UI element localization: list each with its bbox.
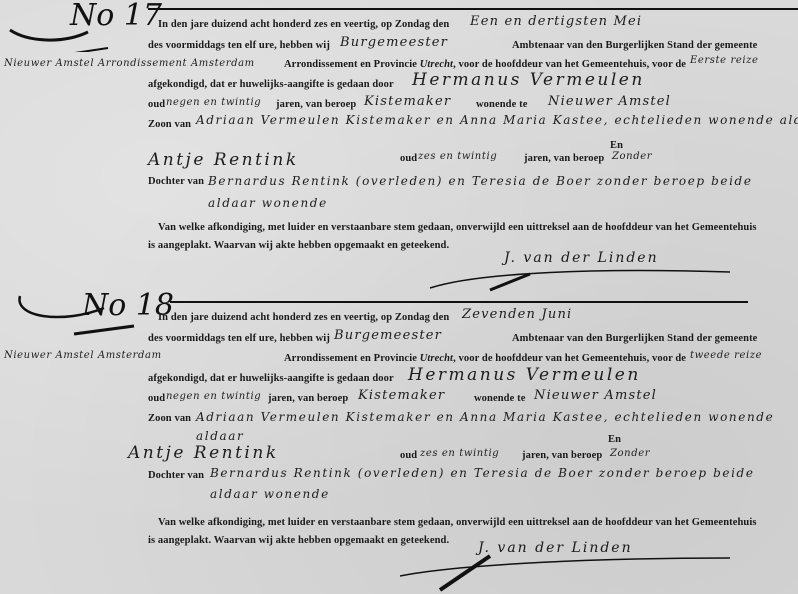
handwritten-groom-age: negen en twintig bbox=[166, 391, 261, 402]
printed-line: Zoon van bbox=[148, 413, 191, 424]
handwritten-bride-age: zes en twintig bbox=[418, 151, 497, 162]
printed-line: In den jare duizend acht honderd zes en … bbox=[158, 312, 449, 323]
handwritten-bride-age: zes en twintig bbox=[420, 448, 499, 459]
printed-line: afgekondigd, dat er huwelijks-aangifte i… bbox=[148, 79, 394, 90]
printed-line: des voormiddags ten elf ure, hebben wij bbox=[148, 40, 330, 51]
printed-line: jaren, van beroep bbox=[524, 153, 604, 164]
printed-en: En bbox=[608, 434, 621, 445]
printed-text: , voor de hoofddeur van het Gemeentehuis… bbox=[453, 353, 686, 364]
printed-en: En bbox=[610, 140, 623, 151]
handwritten-bride: Antje Rentink bbox=[128, 443, 279, 463]
handwritten-groom: Hermanus Vermeulen bbox=[408, 365, 641, 385]
handwritten-groom: Hermanus Vermeulen bbox=[412, 70, 645, 90]
printed-line: Zoon van bbox=[148, 119, 191, 130]
printed-line: jaren, van beroep bbox=[522, 450, 602, 461]
printed-line: Dochter van bbox=[148, 470, 204, 481]
handwritten-groom-parents: Adriaan Vermeulen Kistemaker en Anna Mar… bbox=[196, 113, 798, 127]
handwritten-bride: Antje Rentink bbox=[148, 150, 299, 170]
province-name: Utrecht bbox=[420, 353, 453, 364]
handwritten-groom-parents: Adriaan Vermeulen Kistemaker en Anna Mar… bbox=[196, 408, 796, 446]
printed-line: jaren, van beroep bbox=[276, 99, 356, 110]
printed-line: oud bbox=[148, 393, 165, 404]
handwritten-church: Eerste reize bbox=[690, 55, 759, 66]
handwritten-municipality: Nieuwer Amstel Amsterdam bbox=[4, 350, 162, 361]
printed-line: In den jare duizend acht honderd zes en … bbox=[158, 19, 449, 30]
handwritten-official: Burgemeester bbox=[340, 35, 448, 50]
handwritten-occupation: Kistemaker bbox=[364, 94, 451, 109]
handwritten-bride-occupation: Zonder bbox=[612, 151, 652, 162]
printed-line: jaren, van beroep bbox=[268, 393, 348, 404]
printed-line: oud bbox=[148, 99, 165, 110]
handwritten-residence: Nieuwer Amstel bbox=[534, 388, 657, 403]
printed-text: Arrondissement en Provincie bbox=[284, 353, 417, 364]
handwritten-date: Zevenden Juni bbox=[462, 307, 572, 322]
divider-rule bbox=[148, 8, 798, 10]
handwritten-municipality: Nieuwer Amstel Arrondissement Amsterdam bbox=[4, 58, 255, 69]
printed-closing: is aangeplakt. Waarvan wij akte hebben o… bbox=[148, 240, 449, 251]
printed-closing: Van welke afkondiging, met luider en ver… bbox=[158, 517, 757, 528]
printed-line: afgekondigd, dat er huwelijks-aangifte i… bbox=[148, 373, 394, 384]
printed-closing: Van welke afkondiging, met luider en ver… bbox=[158, 222, 757, 233]
register-page: No 17 In den jare duizend acht honderd z… bbox=[0, 0, 798, 594]
signature-flourish-icon bbox=[420, 262, 740, 292]
printed-closing: is aangeplakt. Waarvan wij akte hebben o… bbox=[148, 535, 449, 546]
printed-text: Arrondissement en Provincie bbox=[284, 59, 417, 70]
printed-line: oud bbox=[400, 450, 417, 461]
handwritten-bride-occupation: Zonder bbox=[610, 448, 650, 459]
record-number: No 17 bbox=[70, 0, 162, 33]
province-name: Utrecht bbox=[420, 59, 453, 70]
printed-line: oud bbox=[400, 153, 417, 164]
printed-text: , voor de hoofddeur van het Gemeentehuis… bbox=[453, 59, 686, 70]
printed-line: wonende te bbox=[474, 393, 525, 404]
handwritten-groom-age: negen en twintig bbox=[166, 97, 261, 108]
printed-line: wonende te bbox=[476, 99, 527, 110]
handwritten-church: tweede reize bbox=[690, 350, 762, 361]
handwritten-occupation: Kistemaker bbox=[358, 388, 445, 403]
divider-rule bbox=[170, 301, 748, 303]
handwritten-bride-parents: Bernardus Rentink (overleden) en Teresia… bbox=[210, 463, 798, 505]
handwritten-residence: Nieuwer Amstel bbox=[548, 94, 671, 109]
printed-line: Dochter van bbox=[148, 176, 204, 187]
printed-line: Ambtenaar van den Burgerlijken Stand der… bbox=[512, 40, 757, 51]
handwritten-official: Burgemeester bbox=[334, 328, 442, 343]
printed-line: Arrondissement en Provincie Utrecht, voo… bbox=[284, 59, 686, 70]
handwritten-date: Een en dertigsten Mei bbox=[470, 14, 642, 29]
signature-flourish-icon bbox=[400, 550, 740, 594]
printed-line: Ambtenaar van den Burgerlijken Stand der… bbox=[512, 333, 757, 344]
printed-line: Arrondissement en Provincie Utrecht, voo… bbox=[284, 353, 686, 364]
handwritten-bride-parents: Bernardus Rentink (overleden) en Teresia… bbox=[208, 170, 798, 214]
printed-line: des voormiddags ten elf ure, hebben wij bbox=[148, 333, 330, 344]
